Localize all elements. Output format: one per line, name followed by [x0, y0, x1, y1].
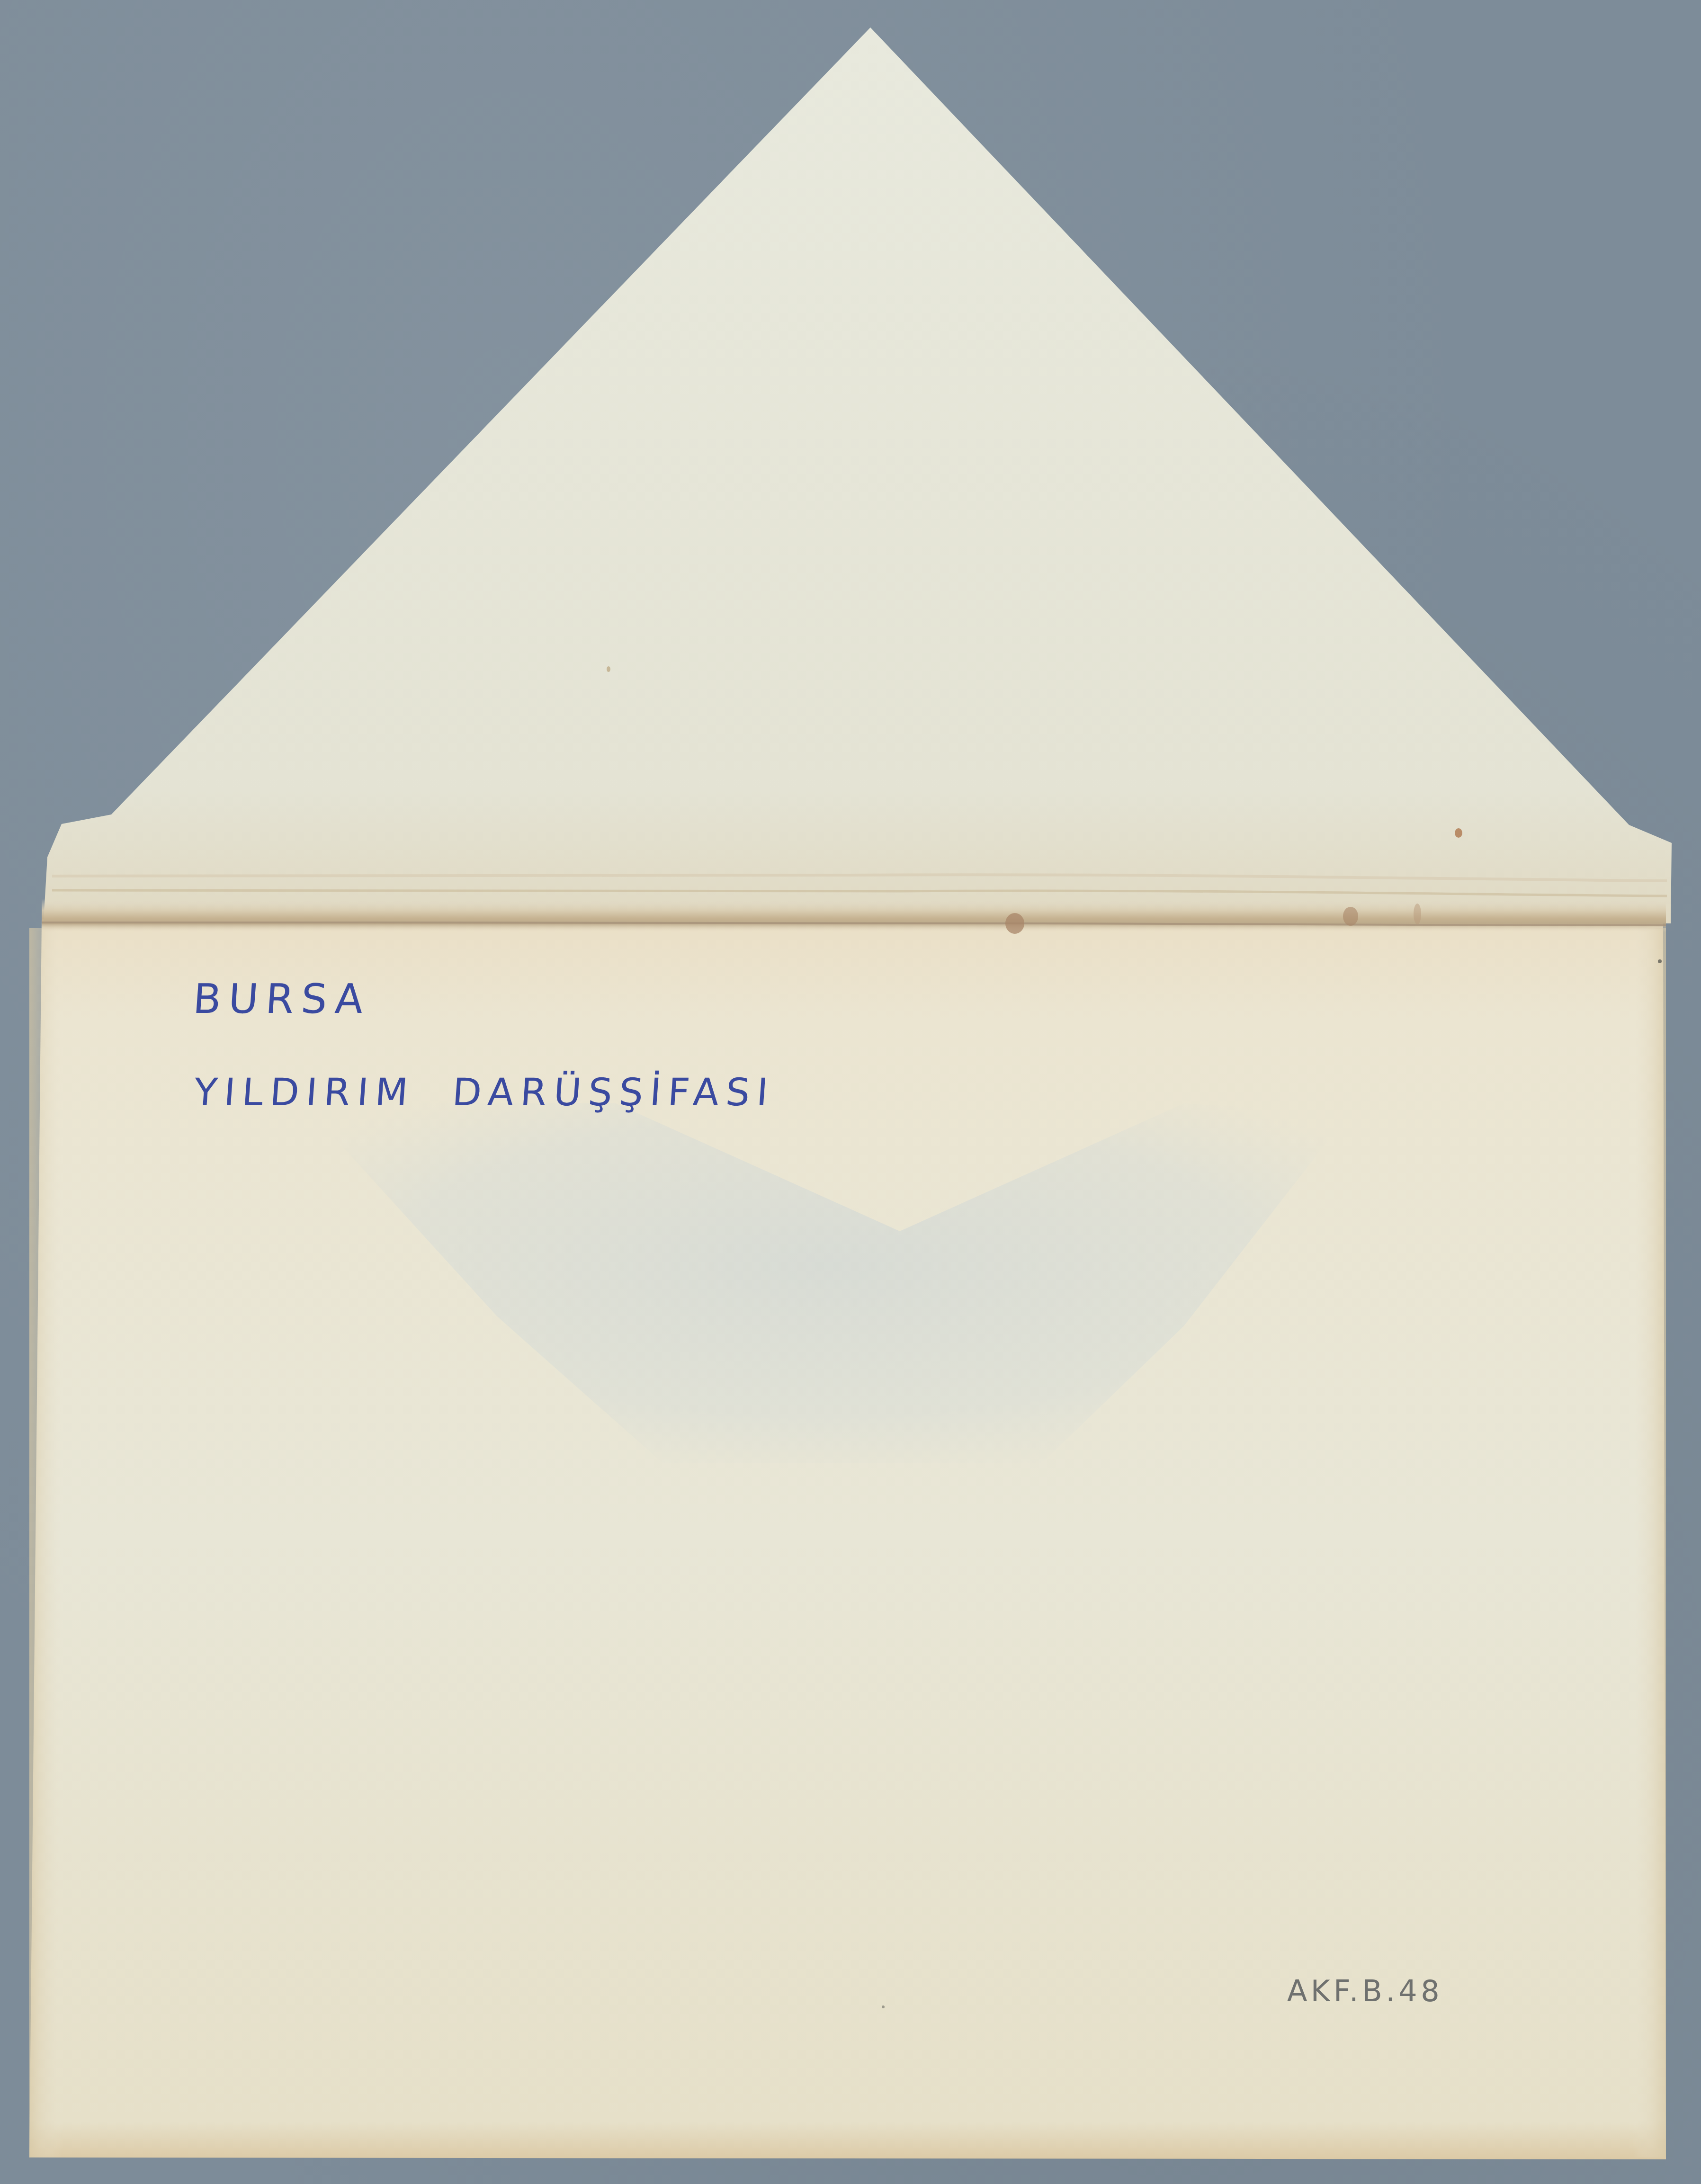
catalog-number: AKF.B.48 [1287, 1974, 1443, 2008]
envelope-flap [44, 27, 1672, 923]
handwritten-institution: YILDIRIM DARÜŞŞİFASI [193, 1070, 776, 1114]
fold-line [42, 899, 1666, 932]
handwritten-city: BURSA [192, 976, 372, 1023]
